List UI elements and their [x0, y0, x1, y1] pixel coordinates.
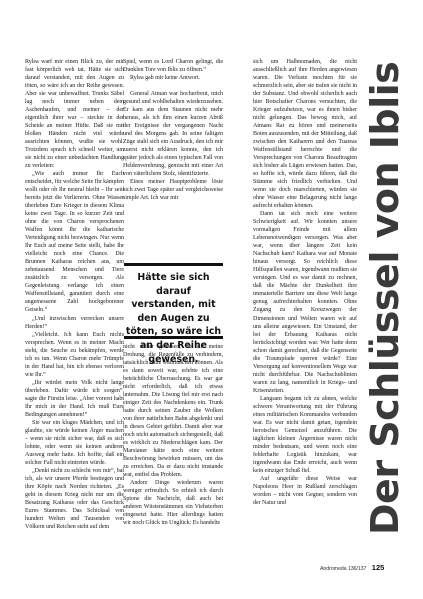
paragraph: General Atman war hocherfreut, mich gesu… — [123, 90, 223, 178]
text-column-2-bottom: nicht sicher gewesen, ob ich meine Drohu… — [123, 343, 223, 527]
page-number: 125 — [372, 563, 385, 572]
text-column-2-top: Spiel, wenn es Lord Charon gelingt, die … — [123, 58, 223, 202]
paragraph: „Vielleicht. Ich kann Euch nichts verspr… — [25, 331, 124, 379]
paragraph: Langsam begann ich zu ahnen, welche schw… — [253, 395, 357, 475]
paragraph: Rylea warf mir einen Blick zu, der mir f… — [25, 58, 124, 170]
paragraph: Dann tat sich noch eine weitere Schwieri… — [253, 210, 357, 394]
paragraph: „Und inzwischen verrecken unsere Herden!… — [25, 315, 124, 331]
paragraph: sich um Halbnomaden, die nicht ausschlie… — [253, 58, 357, 210]
paragraph: „Denkt nicht zu schlecht von mir“, bat i… — [25, 467, 124, 531]
paragraph: nicht sicher gewesen, ob ich meine Drohu… — [123, 343, 223, 479]
pull-quote-bottom-rule — [124, 336, 223, 339]
page-footer: Andromeda 136/137 125 — [320, 563, 420, 572]
magazine-issue: Andromeda 136/137 — [320, 566, 366, 572]
paragraph: „Wie auch immer Ihr Euch entscheidet, fü… — [25, 170, 124, 314]
text-column-3: sich um Halbnomaden, die nicht ausschlie… — [253, 58, 357, 507]
paragraph: „Ihr würdet mein Volk nicht lange überle… — [25, 379, 124, 419]
paragraph: Sie war ein kluges Mädchen, und ich glau… — [25, 419, 124, 467]
paragraph: Andere Dinge wiederum waren weniger erfr… — [123, 479, 223, 527]
paragraph: Auf ungefähr diese Weise war Napoleons H… — [253, 475, 357, 507]
story-title-vertical: Der Schlüssel von Iblis — [365, 65, 405, 535]
pull-quote-top-rule — [124, 263, 223, 266]
paragraph: Rylea gab mir keine Antwort. — [123, 74, 223, 82]
paragraph: Eines meiner Hauptprobleme löste sich zw… — [123, 178, 223, 202]
text-column-1: Rylea warf mir einen Blick zu, der mir f… — [25, 58, 124, 531]
paragraph: Spiel, wenn es Lord Charon gelingt, die … — [123, 58, 223, 74]
